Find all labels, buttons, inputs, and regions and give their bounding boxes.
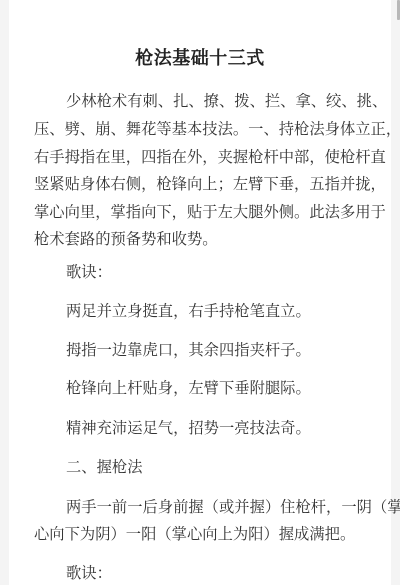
verse1-line-4: 精神充沛运足气，招势一亮技法奇。 [66, 418, 311, 438]
intro-line-4: 竖紧贴身体右侧，枪锋向上；左臂下垂，五指并拢， [34, 174, 386, 194]
intro-line-1: 少林枪术有刺、扎、撩、拨、拦、拿、绞、挑、 [66, 91, 387, 111]
intro-line-2: 压、劈、崩、舞花等基本技法。一、持枪法身体立正， [34, 119, 400, 139]
article-panel: 枪法基础十三式 少林枪术有刺、扎、撩、拨、拦、拿、绞、挑、 压、劈、崩、舞花等基… [9, 0, 391, 585]
article-title: 枪法基础十三式 [9, 44, 391, 70]
verse1-line-2: 拇指一边靠虎口，其余四指夹杆子。 [66, 340, 311, 360]
section2-line-1: 两手一前一后身前握（或并握）住枪杆，一阴（掌 [66, 497, 400, 517]
verse1-label: 歌诀： [66, 262, 112, 282]
verse2-label: 歌诀： [66, 563, 112, 583]
verse1-line-3: 枪锋向上杆贴身，左臂下垂附腿际。 [66, 378, 311, 398]
intro-line-6: 枪术套路的预备势和收势。 [34, 229, 218, 249]
intro-line-3: 右手拇指在里，四指在外，夹握枪杆中部，使枪杆直 [34, 147, 386, 167]
section2-heading: 二、握枪法 [66, 457, 143, 477]
section2-line-2: 心向下为阴）一阳（掌心向上为阳）握成满把。 [34, 524, 355, 544]
verse1-line-1: 两足并立身挺直，右手持枪笔直立。 [66, 301, 311, 321]
intro-line-5: 掌心向里，掌指向下，贴于左大腿外侧。此法多用于 [34, 202, 386, 222]
